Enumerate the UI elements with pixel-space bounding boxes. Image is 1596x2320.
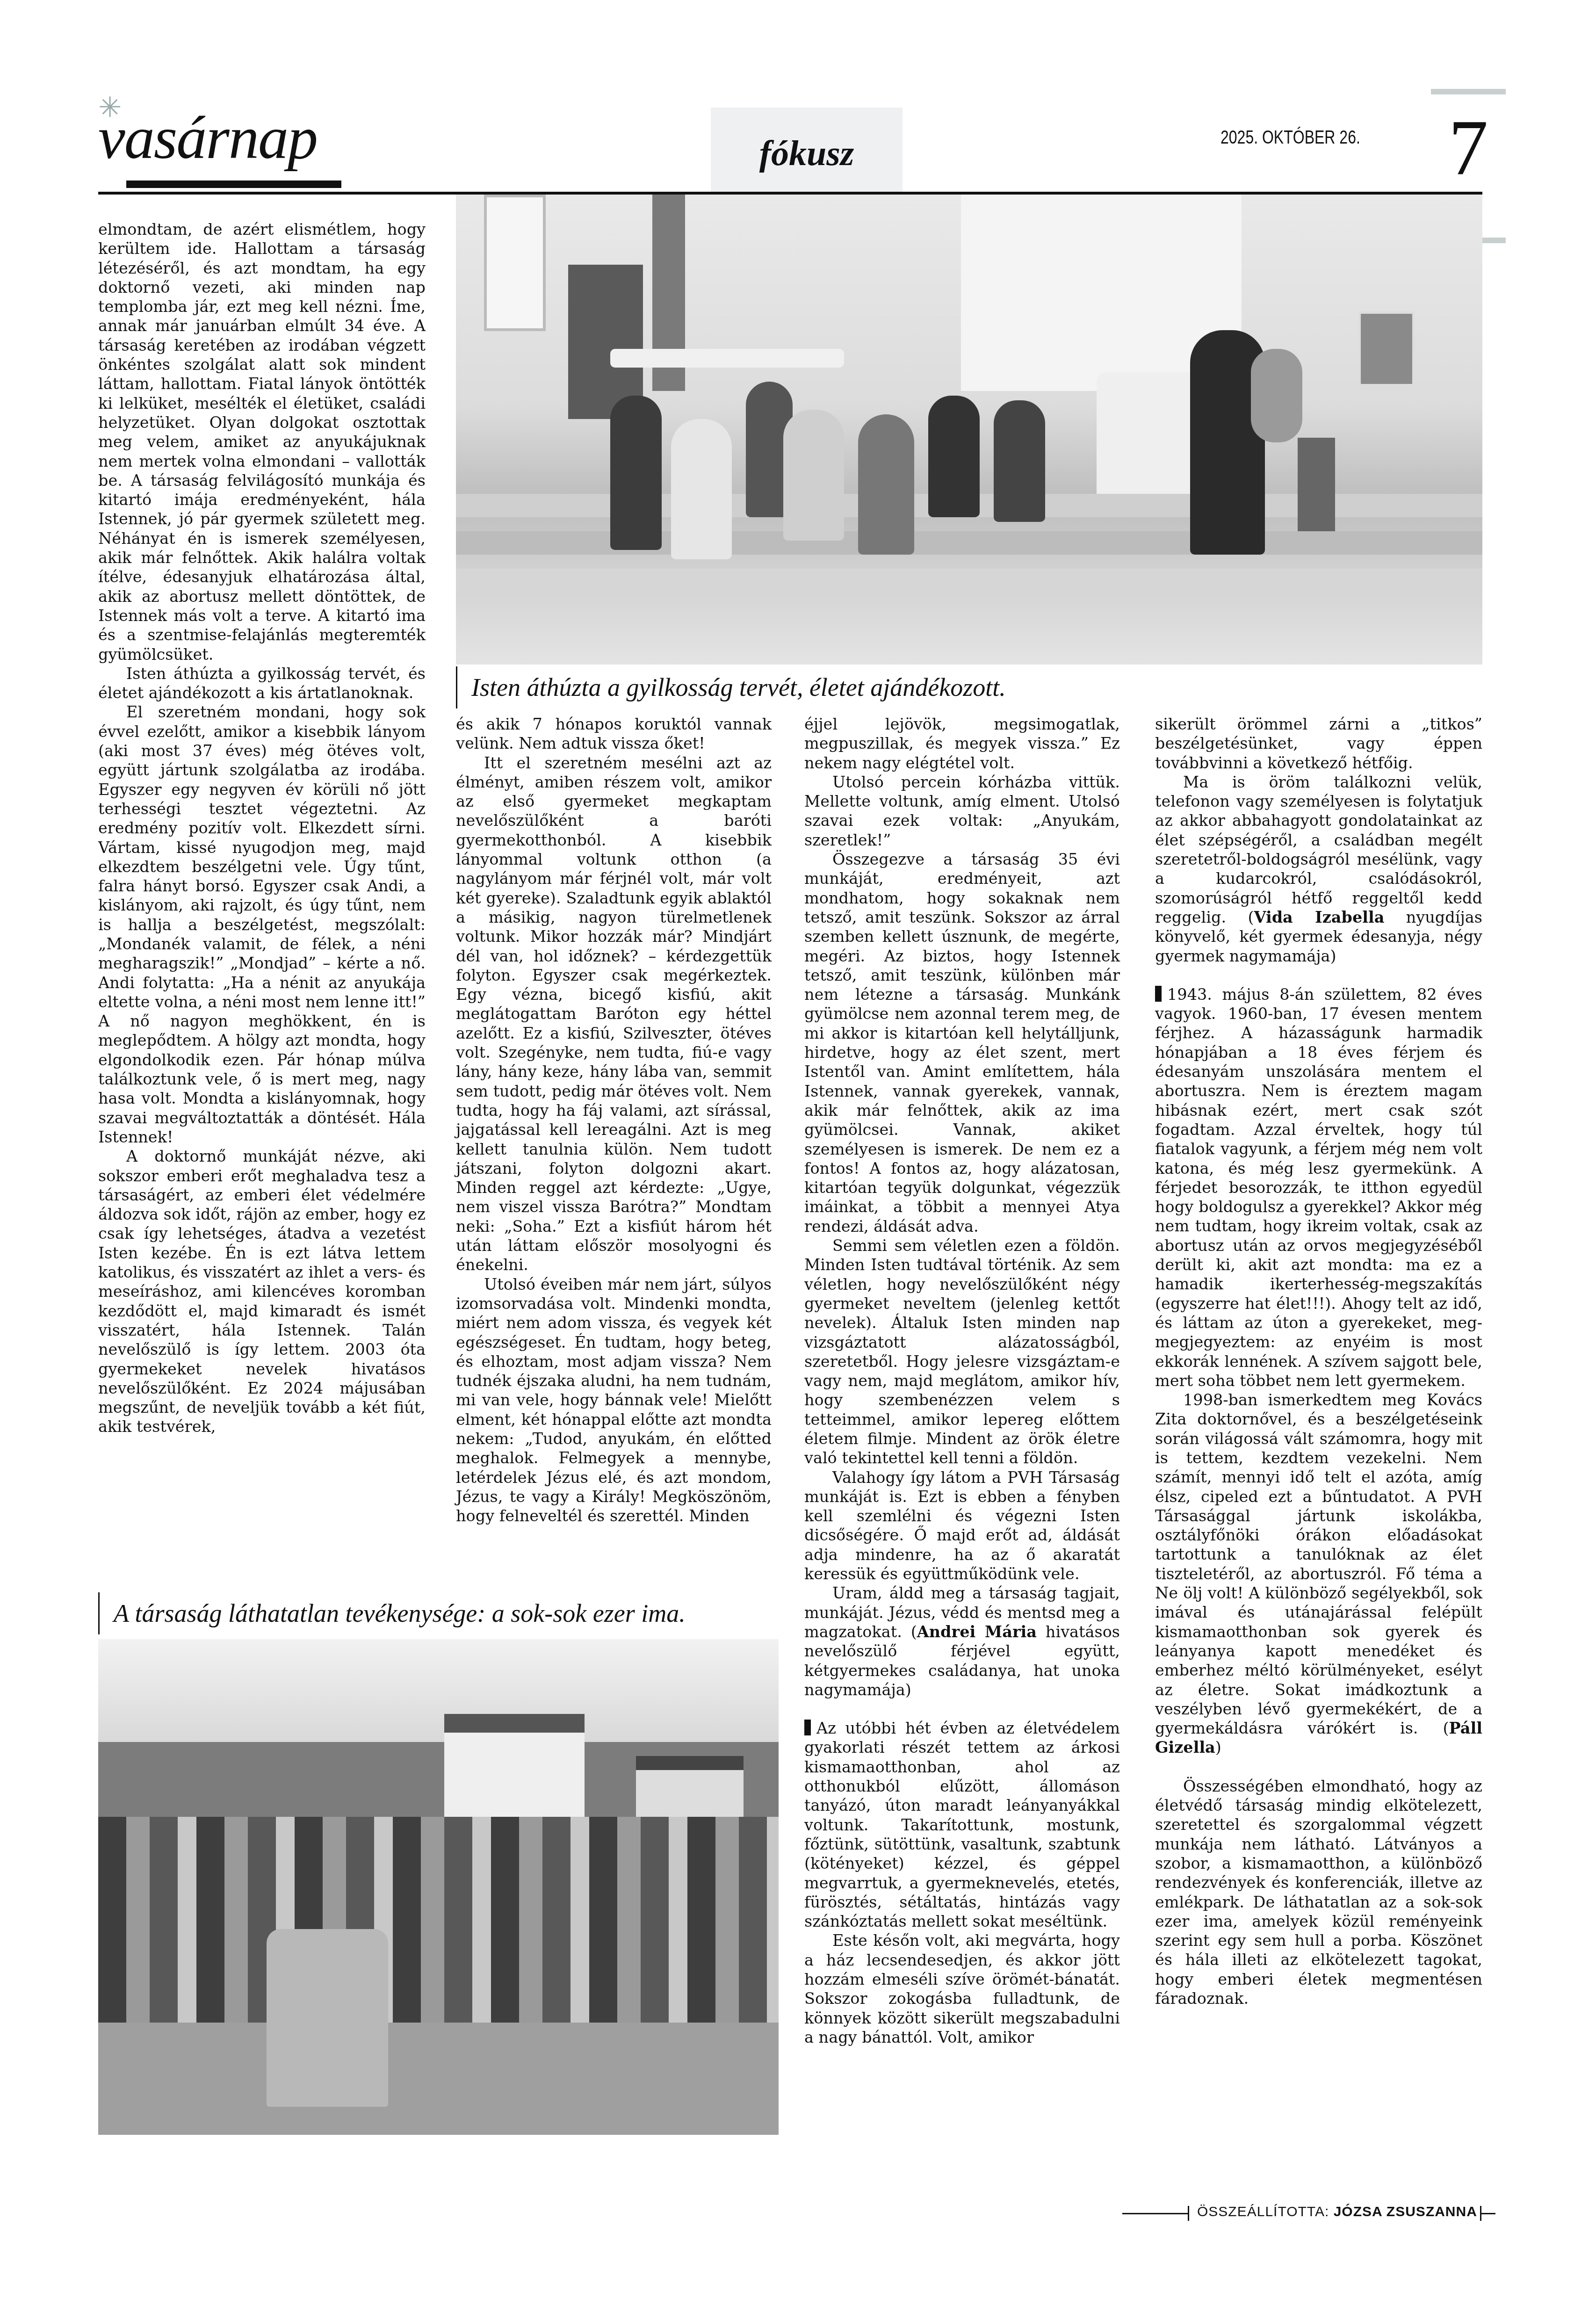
paragraph: Az utóbbi hét évben az életvédelem gyako… [804, 1719, 1120, 1931]
paragraph: 1998-ban ismerkedtem meg Kovács Zita dok… [1155, 1390, 1482, 1757]
page-number: 7 [1431, 108, 1506, 187]
article-column-4: sikerült örömmel zárni a „titkos” beszél… [1155, 715, 1482, 2008]
paragraph: sikerült örömmel zárni a „titkos” beszél… [1155, 715, 1482, 773]
paragraph: A doktornő munkáját nézve, aki sokszor e… [98, 1147, 426, 1436]
article-column-3: éjjel lejövök, megsimogatlak, megpuszill… [804, 715, 1120, 2047]
section-marker-icon [1155, 986, 1162, 1002]
paragraph: Utolsó éveiben már nem járt, súlyos izom… [456, 1275, 772, 1526]
church-photo [456, 195, 1482, 665]
footer-label: ÖSSZEÁLLÍTOTTA: [1197, 2204, 1334, 2219]
section-label: fókusz [711, 133, 903, 174]
paragraph: El szeretném mondani, hogy sok évvel eze… [98, 702, 426, 1147]
paragraph-text: Ma is öröm találkozni velük, telefonon v… [1155, 773, 1482, 926]
author-name: Andrei Mária [917, 1623, 1037, 1641]
section-marker-icon [804, 1720, 811, 1735]
article-column-2: és akik 7 hónapos koruktól vannak velünk… [456, 715, 772, 1525]
footer-author: JÓZSA ZSUSZANNA [1334, 2204, 1477, 2219]
outdoor-photo [98, 1639, 779, 2135]
paragraph-text: Az utóbbi hét évben az életvédelem gyako… [804, 1719, 1120, 1930]
paragraph: éjjel lejövök, megsimogatlak, megpuszill… [804, 715, 1120, 773]
photo-caption-church: Isten áthúzta a gyilkosság tervét, élete… [456, 666, 1006, 708]
footer-rule-right [1481, 2213, 1495, 2214]
paragraph: Utolsó percein kórházba vittük. Mellette… [804, 773, 1120, 850]
masthead: ✳ vasárnap fókusz 2025. OKTÓBER 26. 7 [98, 89, 1482, 196]
footer-tick-left [1188, 2206, 1189, 2221]
publication-logo: vasárnap [98, 108, 317, 168]
paragraph: Uram, áldd meg a társaság tagjait, munká… [804, 1583, 1120, 1699]
page-number-top-rule [1431, 89, 1506, 94]
paragraph: Összességében elmondható, hogy az életvé… [1155, 1777, 1482, 2009]
paragraph: Isten áthúzta a gyilkosság tervét, és él… [98, 664, 426, 703]
paragraph: Semmi sem véletlen ezen a földön. Minden… [804, 1236, 1120, 1468]
paragraph: Összegezve a társaság 35 évi munkáját, e… [804, 850, 1120, 1236]
photo-caption-outdoor: A társaság láthatatlan tevékenysége: a s… [98, 1592, 686, 1634]
paragraph: elmondtam, de azért elismétlem, hogy ker… [98, 220, 426, 664]
paragraph: 1943. május 8-án születtem, 82 éves vagy… [1155, 985, 1482, 1390]
footer-rule-left [1122, 2213, 1188, 2214]
paragraph: Itt el szeretném mesélni azt az élményt,… [456, 753, 772, 1275]
paragraph-text: 1943. május 8-án születtem, 82 éves vagy… [1155, 985, 1482, 1390]
paragraph-text: 1998-ban ismerkedtem meg Kovács Zita dok… [1155, 1391, 1482, 1737]
compiled-by-footer: ÖSSZEÁLLÍTOTTA: JÓZSA ZSUSZANNA [1122, 2204, 1482, 2223]
paragraph: és akik 7 hónapos koruktól vannak velünk… [456, 715, 772, 753]
paragraph: Ma is öröm találkozni velük, telefonon v… [1155, 773, 1482, 966]
issue-date: 2025. OKTÓBER 26. [1220, 127, 1360, 148]
paragraph: Este későn volt, aki megvárta, hogy a há… [804, 1931, 1120, 2047]
article-column-1: elmondtam, de azért elismétlem, hogy ker… [98, 220, 426, 1437]
logo-underline [126, 181, 341, 188]
footer-credit: ÖSSZEÁLLÍTOTTA: JÓZSA ZSUSZANNA [1197, 2204, 1477, 2220]
author-name: Vida Izabella [1254, 908, 1385, 926]
paragraph: Valahogy így látom a PVH Társaság munkáj… [804, 1468, 1120, 1584]
